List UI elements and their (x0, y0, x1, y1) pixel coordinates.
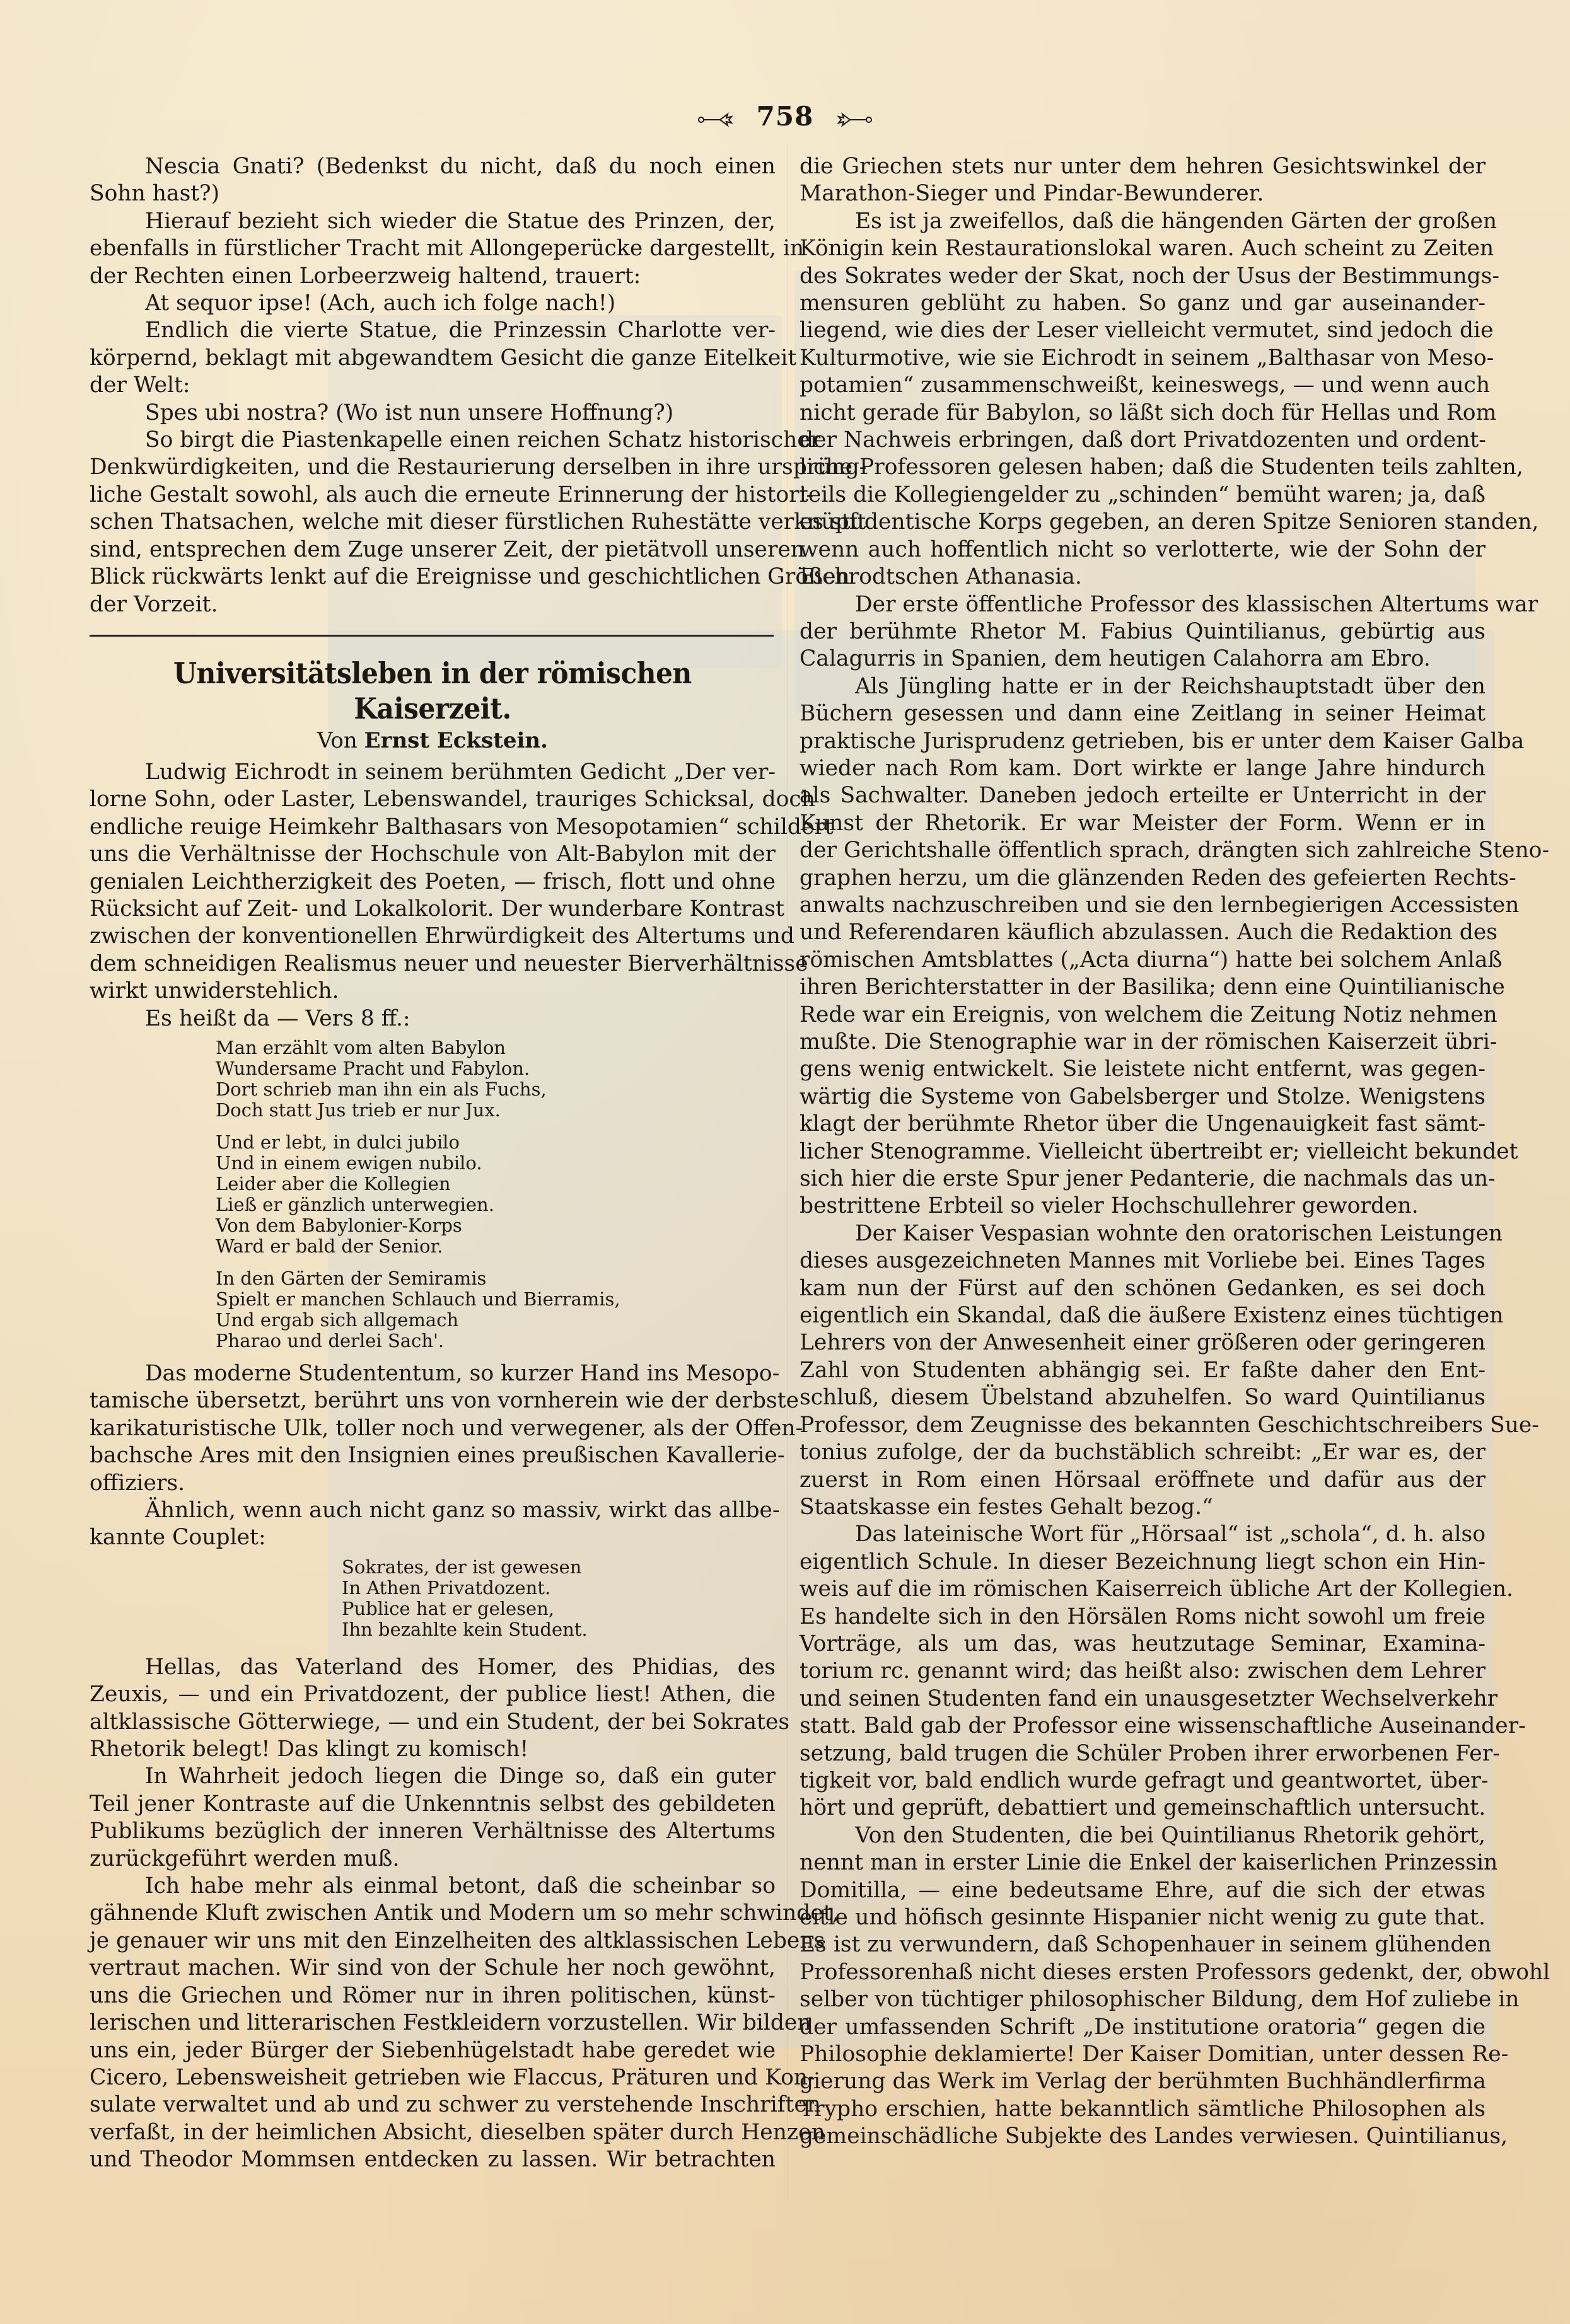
text-line: der berühmte Rhetor M. Fabius Quintilian… (800, 618, 1486, 645)
text-line: torium rc. genannt wird; das heißt also:… (800, 1658, 1486, 1685)
author-name: Ernst Eckstein. (364, 728, 548, 753)
text-line: des Sokrates weder der Skat, noch der Us… (800, 263, 1486, 290)
text-line: dem schneidigen Realismus neuer und neue… (90, 951, 776, 978)
text-line: der Nachweis erbringen, daß dort Privatd… (800, 427, 1486, 454)
text-line: Rücksicht auf Zeit- und Lokalkolorit. De… (90, 896, 776, 923)
intro-text: Nescia Gnati? (Bedenkst du nicht, daß du… (90, 153, 776, 618)
poem-stanza: Und er lebt, in dulci jubiloUnd in einem… (216, 1132, 776, 1257)
text-line: die Griechen stets nur unter dem hehren … (800, 153, 1486, 180)
text-line: Sohn hast?) (90, 180, 776, 207)
text-line: Hellas, das Vaterland des Homer, des Phi… (90, 1654, 776, 1681)
text-line: uns die Griechen und Römer nur in ihren … (90, 1982, 776, 2009)
text-line: graphen herzu, um die glänzenden Reden d… (800, 865, 1486, 892)
text-line: offiziers. (90, 1470, 776, 1497)
text-line: Als Jüngling hatte er in der Reichshaupt… (800, 673, 1486, 700)
text-line: nennt man in erster Linie die Enkel der … (800, 1849, 1486, 1876)
text-line: tonius zufolge, der da buchstäblich schr… (800, 1439, 1486, 1466)
text-line: mußte. Die Stenographie war in der römis… (800, 1029, 1486, 1056)
right-column: die Griechen stets nur unter dem hehren … (800, 153, 1486, 2151)
verse-line: Pharao und derlei Sach'. (216, 1331, 776, 1351)
text-line: der Gerichtshalle öffentlich sprach, drä… (800, 837, 1486, 864)
text-line: Lehrers von der Anwesenheit einer größer… (800, 1329, 1486, 1356)
text-line: körpernd, beklagt mit abgewandtem Gesich… (90, 345, 776, 372)
verse-line: Ließ er gänzlich unterwegien. (216, 1194, 776, 1215)
text-line: sind, entsprechen dem Zuge unserer Zeit,… (90, 536, 776, 564)
text-line: statt. Bald gab der Professor eine wisse… (800, 1713, 1486, 1740)
verse-line: Doch statt Jus trieb er nur Jux. (216, 1100, 776, 1121)
text-line: schen Thatsachen, welche mit dieser fürs… (90, 509, 776, 536)
text-line: Ähnlich, wenn auch nicht ganz so massiv,… (90, 1497, 776, 1524)
text-line: verfaßt, in der heimlichen Absicht, dies… (90, 2119, 776, 2146)
text-line: wirkt unwiderstehlich. (90, 978, 776, 1005)
text-line: gähnende Kluft zwischen Antik und Modern… (90, 1900, 776, 1927)
text-line: Marathon-Sieger und Pindar-Bewunderer. (800, 180, 1486, 207)
page-number: 758 (757, 101, 814, 132)
text-line: ihren Berichterstatter in der Basilika; … (800, 974, 1486, 1001)
text-line: vertraut machen. Wir sind von der Schule… (90, 1955, 776, 1982)
text-line: licher Stenogramme. Vielleicht übertreib… (800, 1138, 1486, 1165)
left-column: Nescia Gnati? (Bedenkst du nicht, daß du… (90, 153, 776, 2174)
text-line: teils die Kollegiengelder zu „schinden“ … (800, 482, 1486, 509)
text-line: Teil jener Kontraste auf die Unkenntnis … (90, 1791, 776, 1818)
text-line: zuerst in Rom einen Hörsaal eröffnete un… (800, 1467, 1486, 1494)
text-line: setzung, bald trugen die Schüler Proben … (800, 1740, 1486, 1767)
verse-line: In Athen Privatdozent. (342, 1578, 776, 1598)
text-line: Rede war ein Ereignis, von welchem die Z… (800, 1002, 1486, 1029)
text-line: Ich habe mehr als einmal betont, daß die… (90, 1873, 776, 1900)
text-line: Es ist ja zweifellos, daß die hängenden … (800, 208, 1486, 235)
text-line: Spes ubi nostra? (Wo ist nun unsere Hoff… (90, 400, 776, 427)
text-line: selber von tüchtiger philosophischer Bil… (800, 1986, 1486, 2013)
text-line: gens wenig entwickelt. Sie leistete nich… (800, 1056, 1486, 1083)
text-line: bestrittene Erbteil so vieler Hochschull… (800, 1193, 1486, 1220)
text-line: liegend, wie dies der Leser vielleicht v… (800, 317, 1486, 344)
verse-line: Und ergab sich allgemach (216, 1310, 776, 1331)
text-line: Publikums bezüglich der inneren Verhältn… (90, 1818, 776, 1845)
text-line: Nescia Gnati? (Bedenkst du nicht, daß du… (90, 153, 776, 180)
text-line: Königin kein Restaurationslokal waren. A… (800, 235, 1486, 262)
text-line: der Welt: (90, 372, 776, 399)
verse-line: Sokrates, der ist gewesen (342, 1557, 776, 1578)
verse-line: In den Gärten der Semiramis (216, 1268, 776, 1289)
text-line: mensuren geblüht zu haben. So ganz und g… (800, 290, 1486, 317)
text-line: eitle und höfisch gesinnte Hispanier nic… (800, 1904, 1486, 1931)
text-line: dieses ausgezeichneten Mannes mit Vorlie… (800, 1247, 1486, 1275)
text-line: der umfassenden Schrift „De institutione… (800, 2014, 1486, 2041)
text-line: Es ist zu verwundern, daß Schopenhauer i… (800, 1931, 1486, 1958)
text-line: und Theodor Mommsen entdecken zu lassen.… (90, 2146, 776, 2173)
text-line: Das moderne Studententum, so kurzer Hand… (90, 1360, 776, 1387)
text-line: Kunst der Rhetorik. Er war Meister der F… (800, 810, 1486, 837)
text-line: als Sachwalter. Daneben jedoch erteilte … (800, 782, 1486, 809)
text-line: lerischen und litterarischen Festkleider… (90, 2009, 776, 2037)
text-line: Zeuxis, — und ein Privatdozent, der publ… (90, 1681, 776, 1708)
text-line: Endlich die vierte Statue, die Prinzessi… (90, 317, 776, 344)
text-line: Domitilla, — eine bedeutsame Ehre, auf d… (800, 1877, 1486, 1904)
text-line: der Rechten einen Lorbeerzweig haltend, … (90, 263, 776, 290)
text-line: Denkwürdigkeiten, und die Restaurierung … (90, 454, 776, 481)
verse-line: Wundersame Pracht und Fabylon. (216, 1058, 776, 1079)
text-line: liche Professoren gelesen haben; daß die… (800, 454, 1486, 481)
article-paragraph-3: Hellas, das Vaterland des Homer, des Phi… (90, 1654, 776, 2174)
text-line: Professorenhaß nicht dieses ersten Profe… (800, 1959, 1486, 1986)
text-line: Ludwig Eichrodt in seinem berühmten Gedi… (90, 759, 776, 786)
text-line: In Wahrheit jedoch liegen die Dinge so, … (90, 1763, 776, 1790)
verse-line: Publice hat er gelesen, (342, 1598, 776, 1619)
text-line: uns ein, jeder Bürger der Siebenhügelsta… (90, 2037, 776, 2064)
text-line: Hierauf bezieht sich wieder die Statue d… (90, 208, 776, 235)
text-line: Kulturmotive, wie sie Eichrodt in seinem… (800, 345, 1486, 372)
text-line: endliche reuige Heimkehr Balthasars von … (90, 814, 776, 841)
text-line: praktische Jurisprudenz getrieben, bis e… (800, 728, 1486, 755)
text-line: eigentlich Schule. In dieser Bezeichnung… (800, 1549, 1486, 1576)
text-line: kannte Couplet: (90, 1524, 776, 1551)
text-line: lorne Sohn, oder Laster, Lebenswandel, t… (90, 786, 776, 813)
text-line: Von den Studenten, die bei Quintilianus … (800, 1822, 1486, 1849)
verse-line: Dort schrieb man ihn ein als Fuchs, (216, 1079, 776, 1100)
text-line: sulate verwaltet und ab und zu schwer zu… (90, 2091, 776, 2119)
text-line: tamische übersetzt, berührt uns von vorn… (90, 1387, 776, 1414)
text-line: altklassische Götterwiege, — und ein Stu… (90, 1709, 776, 1736)
article-paragraph-1: Ludwig Eichrodt in seinem berühmten Gedi… (90, 759, 776, 1032)
byline-prefix: Von (317, 728, 358, 753)
text-line: Büchern gesessen und dann eine Zeitlang … (800, 700, 1486, 727)
text-line: kam nun der Fürst auf den schönen Gedank… (800, 1275, 1486, 1302)
ornament-right-icon (835, 103, 873, 134)
verse-line: Und in einem ewigen nubilo. (216, 1153, 776, 1174)
article-continuation: die Griechen stets nur unter dem hehren … (800, 153, 1486, 2151)
text-line: bachsche Ares mit den Insignien eines pr… (90, 1442, 776, 1469)
text-line: genialen Leichtherzigkeit des Poeten, — … (90, 869, 776, 896)
text-line: Es heißt da — Vers 8 ff.: (90, 1005, 776, 1032)
text-line: und seinen Studenten fand ein unausgeset… (800, 1685, 1486, 1713)
text-line: Trypho erschien, hatte bekanntlich sämtl… (800, 2096, 1486, 2123)
verse-line: Leider aber die Kollegien (216, 1174, 776, 1194)
text-line: eigentlich ein Skandal, daß die äußere E… (800, 1302, 1486, 1329)
verse-line: Von dem Babylonier-Korps (216, 1215, 776, 1236)
text-line: Das lateinische Wort für „Hörsaal“ ist „… (800, 1521, 1486, 1548)
poem-stanza: Man erzählt vom alten BabylonWundersame … (216, 1038, 776, 1121)
text-line: uns die Verhältnisse der Hochschule von … (90, 841, 776, 868)
verse-line: Man erzählt vom alten Babylon (216, 1038, 776, 1058)
text-line: wieder nach Rom kam. Dort wirkte er lang… (800, 755, 1486, 782)
text-line: gemeinschädliche Subjekte des Landes ver… (800, 2123, 1486, 2150)
text-line: So birgt die Piastenkapelle einen reiche… (90, 427, 776, 454)
poem: Man erzählt vom alten BabylonWundersame … (216, 1038, 776, 1351)
byline: Von Ernst Eckstein. (90, 726, 776, 755)
text-line: Zahl von Studenten abhängig sei. Er faßt… (800, 1357, 1486, 1384)
text-line: sich hier die erste Spur jener Pedanteri… (800, 1165, 1486, 1193)
text-line: es studentische Korps gegeben, an deren … (800, 509, 1486, 536)
text-line: wärtig die Systeme von Gabelsberger und … (800, 1084, 1486, 1111)
text-line: nicht gerade für Babylon, so läßt sich d… (800, 400, 1486, 427)
couplet-verse: Sokrates, der ist gewesenIn Athen Privat… (342, 1557, 776, 1640)
text-line: römischen Amtsblattes („Acta diurna“) ha… (800, 947, 1486, 974)
ornament-left-icon (697, 103, 735, 134)
text-line: Vorträge, als um das, was heutzutage Sem… (800, 1631, 1486, 1658)
text-line: anwalts nachzuschreiben und sie den lern… (800, 892, 1486, 919)
text-line: ebenfalls in fürstlicher Tracht mit Allo… (90, 235, 776, 262)
section-divider (90, 635, 774, 637)
verse-line: Spielt er manchen Schlauch und Bierramis… (216, 1289, 776, 1310)
text-line: At sequor ipse! (Ach, auch ich folge nac… (90, 290, 776, 317)
text-line: Philosophie deklamierte! Der Kaiser Domi… (800, 2041, 1486, 2068)
text-line: Calagurris in Spanien, dem heutigen Cala… (800, 645, 1486, 673)
text-line: je genauer wir uns mit den Einzelheiten … (90, 1928, 776, 1955)
text-line: Professor, dem Zeugnisse des bekannten G… (800, 1412, 1486, 1439)
article-paragraph-2: Das moderne Studententum, so kurzer Hand… (90, 1360, 776, 1552)
text-line: klagt der berühmte Rhetor über die Ungen… (800, 1111, 1486, 1138)
poem-stanza: In den Gärten der SemiramisSpielt er man… (216, 1268, 776, 1351)
verse-line: Und er lebt, in dulci jubilo (216, 1132, 776, 1153)
text-line: Staatskasse ein festes Gehalt bezog.“ (800, 1494, 1486, 1521)
text-line: hört und geprüft, debattiert und gemeins… (800, 1795, 1486, 1822)
text-line: zwischen der konventionellen Ehrwürdigke… (90, 923, 776, 950)
page-header: 758 (0, 101, 1570, 134)
text-line: und Referendaren käuflich abzulassen. Au… (800, 919, 1486, 946)
text-line: Rhetorik belegt! Das klingt zu komisch! (90, 1736, 776, 1763)
text-line: liche Gestalt sowohl, als auch die erneu… (90, 482, 776, 509)
article-title: Universitätsleben in der römischen Kaise… (117, 656, 748, 726)
text-line: wenn auch hoffentlich nicht so verlotter… (800, 536, 1486, 564)
text-line: zurückgeführt werden muß. (90, 1846, 776, 1873)
text-line: Der erste öffentliche Professor des klas… (800, 591, 1486, 618)
text-line: potamien“ zusammenschweißt, keineswegs, … (800, 372, 1486, 399)
text-line: Es handelte sich in den Hörsälen Roms ni… (800, 1604, 1486, 1631)
text-line: Blick rückwärts lenkt auf die Ereignisse… (90, 564, 776, 591)
verse-line: Ward er bald der Senior. (216, 1236, 776, 1257)
text-line: tigkeit vor, bald endlich wurde gefragt … (800, 1767, 1486, 1795)
text-line: Cicero, Lebensweisheit getrieben wie Fla… (90, 2064, 776, 2091)
text-line: karikaturistische Ulk, toller noch und v… (90, 1415, 776, 1442)
text-line: schluß, diesem Übelstand abzuhelfen. So … (800, 1384, 1486, 1411)
text-line: Eichrodtschen Athanasia. (800, 564, 1486, 591)
text-line: gierung das Werk im Verlag der berühmten… (800, 2068, 1486, 2095)
text-line: Der Kaiser Vespasian wohnte den oratoris… (800, 1220, 1486, 1247)
verse-line: Ihn bezahlte kein Student. (342, 1619, 776, 1640)
text-line: weis auf die im römischen Kaiserreich üb… (800, 1576, 1486, 1603)
text-line: der Vorzeit. (90, 591, 776, 618)
